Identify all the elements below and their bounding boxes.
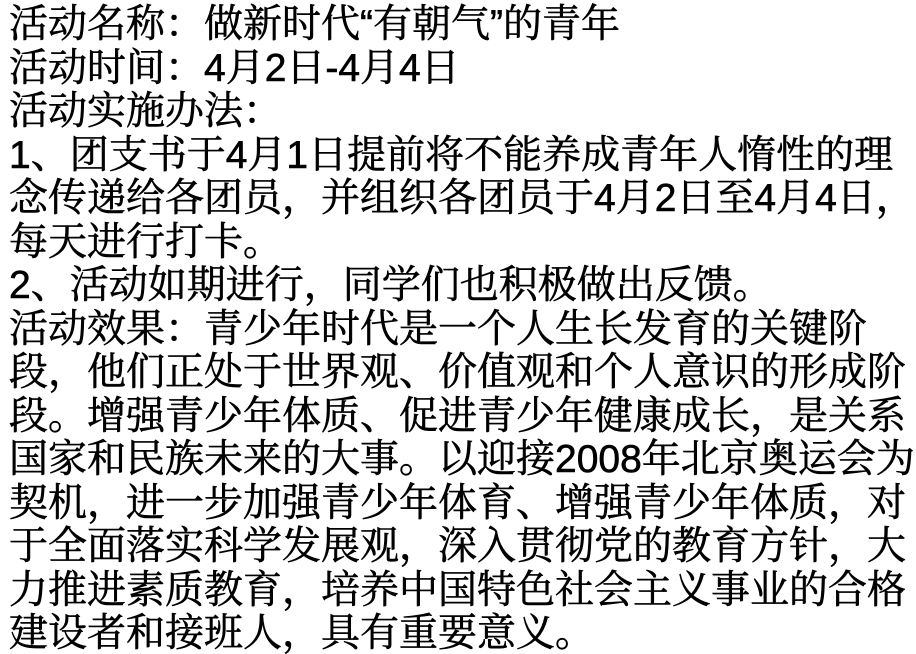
text-line-method-item1: 1、团支书于4月1日提前将不能养成青年人惰性的理 xyxy=(9,134,910,178)
text-line-method-item1-cont: 念传递给各团员，并组织各团员于4月2日至4月4日， xyxy=(9,177,910,221)
document-page: 活动名称：做新时代“有朝气”的青年 活动时间：4月2日-4月4日 活动实施办法：… xyxy=(0,0,916,654)
text-line-method-item2: 2、活动如期进行，同学们也积极做出反馈。 xyxy=(9,264,910,308)
text-line-effect-2: 段，他们正处于世界观、价值观和个人意识的形成阶 xyxy=(9,351,910,395)
text-line-method-heading: 活动实施办法： xyxy=(9,90,910,134)
text-line-method-item1-end: 每天进行打卡。 xyxy=(9,221,910,265)
text-line-effect-5: 契机，进一步加强青少年体育、增强青少年体质，对 xyxy=(9,482,910,526)
text-line-effect-3: 段。增强青少年体质、促进青少年健康成长，是关系 xyxy=(9,395,910,439)
text-line-activity-time: 活动时间：4月2日-4月4日 xyxy=(9,47,910,91)
text-line-effect-4: 国家和民族未来的大事。以迎接2008年北京奥运会为 xyxy=(9,438,910,482)
text-line-effect-6: 于全面落实科学发展观，深入贯彻党的教育方针，大 xyxy=(9,525,910,569)
text-line-activity-name: 活动名称：做新时代“有朝气”的青年 xyxy=(9,3,910,47)
text-line-effect-8: 建设者和接班人，具有重要意义。 xyxy=(9,612,910,654)
text-line-effect-1: 活动效果：青少年时代是一个人生长发育的关键阶 xyxy=(9,308,910,352)
text-line-effect-7: 力推进素质教育，培养中国特色社会主义事业的合格 xyxy=(9,569,910,613)
